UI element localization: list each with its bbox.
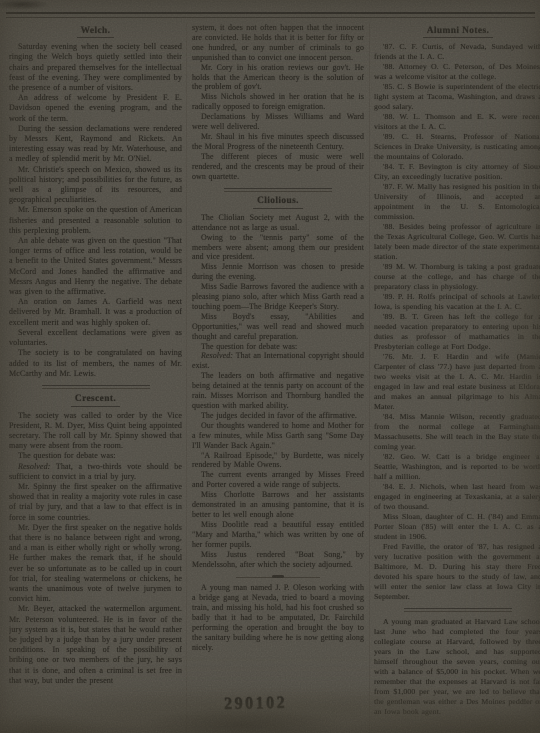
- paragraph: The question for debate was:: [9, 451, 182, 461]
- paragraph: Miss Jennie Morrison was chosen to presi…: [192, 262, 364, 282]
- section-heading-text: Alumni Notes.: [423, 26, 494, 38]
- paragraph: Mr. Spinny the first speaker on the affi…: [9, 482, 182, 523]
- paragraph: '88. W. L. Thomson and E. K. were recent…: [374, 112, 540, 132]
- paragraph: Miss Chorlotte Barrows and her assistant…: [192, 490, 364, 520]
- paragraph: Miss Sloan, daughter of C. H. ('84) and …: [374, 512, 540, 542]
- paragraph: '89. C. H. Stearns, Professor of Nationa…: [374, 132, 540, 162]
- paragraph: Miss Sadie Barrows favored the audience …: [192, 282, 364, 312]
- paragraph: '88. Besides being professor of agricult…: [374, 222, 540, 262]
- newspaper-page: Welch.Saturday evening when the society …: [0, 0, 540, 733]
- paragraph: Miss Boyd's essay, "Abilities and Opport…: [192, 312, 364, 342]
- paragraph: Mr. Cory in his oration reviews our gov'…: [192, 63, 364, 93]
- paragraph: Mr. Dyer the first speaker on the negati…: [9, 523, 182, 605]
- paragraph: system, it does not often happen that th…: [192, 23, 364, 63]
- paragraph: '82. Geo. W. Catt is a bridge engineer a…: [374, 452, 540, 482]
- paragraph: '84. E. J. Nichols, when last heard from…: [374, 482, 540, 512]
- page-top-rule: [6, 12, 535, 18]
- section-heading-text: Cliolious.: [253, 197, 303, 209]
- section-separator-double: [224, 188, 332, 192]
- paragraph: '85. C. S Bowie is superintendent of the…: [374, 82, 540, 112]
- paragraph: Owing to the "tennis party" some of the …: [192, 233, 364, 263]
- paragraph: Our thoughts wandered to home and Mother…: [192, 421, 364, 451]
- paragraph: Mr. Emerson spoke on the question of Ame…: [9, 205, 182, 236]
- middle-column: system, it does not often happen that th…: [186, 23, 370, 733]
- paragraph: Declamations by Misses Williams and Ward…: [192, 112, 364, 132]
- paragraph: The different pieces of music were well …: [192, 152, 364, 182]
- paragraph: '84. Miss Mannie Wilson, recently gradua…: [374, 412, 540, 452]
- paragraph: Miss Nichols showed in her oration that …: [192, 92, 364, 112]
- section-heading-text: Crescent.: [71, 394, 120, 406]
- paragraph: '89 M. W. Thornburg is taking a post gra…: [374, 262, 540, 292]
- paragraph: The society is to be congratulated on ha…: [9, 348, 182, 379]
- section-heading-alumninotes: Alumni Notes.: [374, 26, 540, 38]
- paragraph: '87. F. W. Mally has resigned his positi…: [374, 182, 540, 222]
- paragraph: Resolved: That, a two-thirds vote should…: [9, 462, 182, 482]
- paragraph: The Cliolian Society met August 2, with …: [192, 213, 364, 233]
- section-separator-double: [404, 608, 512, 612]
- section-heading-welch: Welch.: [9, 26, 182, 38]
- paragraph: During the session declamations were ren…: [9, 124, 182, 165]
- paragraph: Several excellent declamations were give…: [9, 328, 182, 348]
- section-heading-text: Welch.: [77, 26, 115, 38]
- paragraph: "A Railroad Episode," by Burdette, was n…: [192, 451, 364, 471]
- paragraph: The leaders on both affirmative and nega…: [192, 371, 364, 411]
- paragraph: Miss Doolitle read a beautiful essay ent…: [192, 520, 364, 550]
- paragraph: Mr. Beyer, attacked the watermellon argu…: [9, 604, 182, 686]
- section-separator-double: [42, 385, 150, 389]
- paragraph: '76. Mr. J. F. Hardin and wife (Mamie Ca…: [374, 352, 540, 412]
- paragraph: An address of welcome by President F. E.…: [9, 93, 182, 124]
- paragraph: Fred Faville, the orator of '87, has res…: [374, 542, 540, 602]
- section-heading-crescent: Crescent.: [9, 394, 182, 406]
- paragraph: '84. T. F. Bevington is city attorney of…: [374, 162, 540, 182]
- paragraph: An oration on James A. Garfield was next…: [9, 297, 182, 328]
- right-column: Alumni Notes.'87. C. F. Curtis, of Nevad…: [374, 23, 540, 733]
- paragraph: Saturday evening when the society bell c…: [9, 42, 182, 93]
- paragraph: The judges decided in favor of the affir…: [192, 411, 364, 421]
- accession-stamp: 290102: [224, 694, 287, 715]
- paragraph: '89. B. T. Green has left the college fo…: [374, 312, 540, 352]
- columns-container: Welch.Saturday evening when the society …: [9, 23, 533, 733]
- left-column: Welch.Saturday evening when the society …: [9, 23, 182, 733]
- paragraph: '87. C. F. Curtis, of Nevada, Sundayed w…: [374, 42, 540, 62]
- paragraph: '89. P. H. Rolfs principal of schools at…: [374, 292, 540, 312]
- paragraph: Mr. Christie's speech on Mexico, showed …: [9, 165, 182, 206]
- paragraph: Miss Justus rendered "Boat Song," by Men…: [192, 550, 364, 570]
- paragraph: The current events arranged by Misses Fr…: [192, 470, 364, 490]
- paragraph: The question for debate was:: [192, 342, 364, 352]
- paragraph: A young man graduated at Harvard Law sch…: [374, 617, 540, 717]
- section-heading-cliolious: Cliolious.: [192, 197, 364, 209]
- paragraph: Mr. Shaul in his five minutes speech dis…: [192, 132, 364, 152]
- paragraph: '88. Attorney O. C. Peterson, of Des Moi…: [374, 62, 540, 82]
- paragraph: An able debate was given on the question…: [9, 236, 182, 297]
- paragraph: The society was called to order by the V…: [9, 411, 182, 452]
- section-separator-dash: [236, 575, 320, 578]
- paragraph: Resolved: That an International copyrigh…: [192, 351, 364, 371]
- paragraph: A young man named J. P. Oleson working w…: [192, 583, 364, 652]
